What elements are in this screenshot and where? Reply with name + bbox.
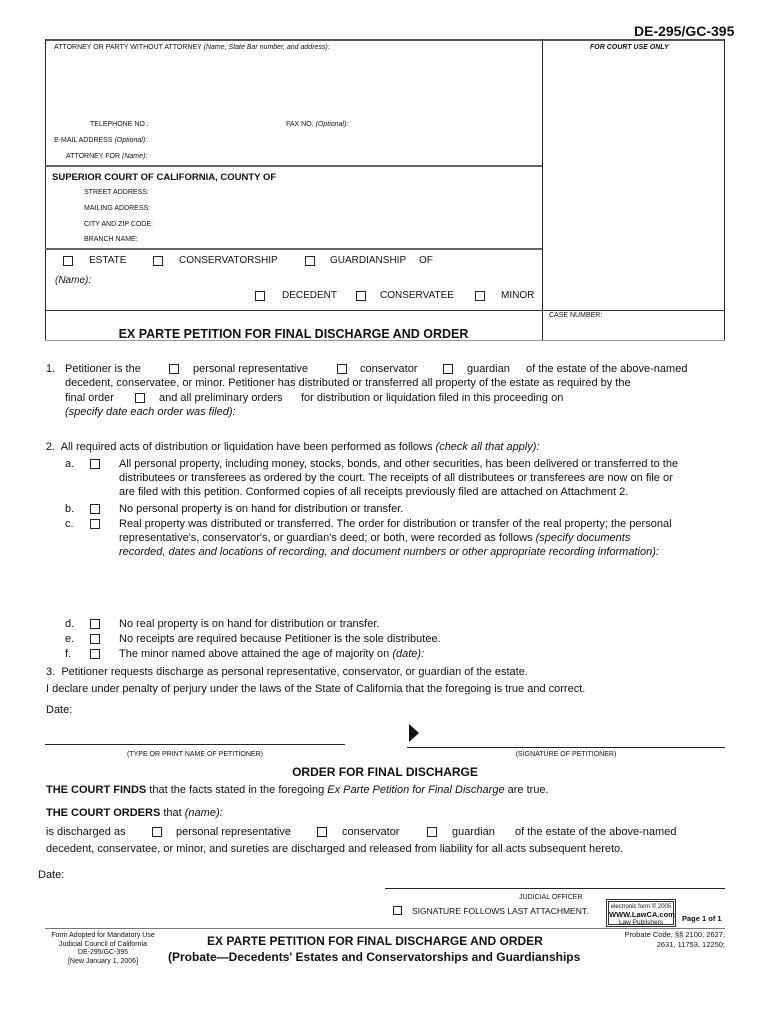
conservatorship-checkbox[interactable] [153, 256, 163, 266]
item2a-checkbox[interactable] [90, 459, 100, 469]
order-personal-rep-checkbox[interactable] [152, 827, 162, 837]
item2d-checkbox[interactable] [90, 619, 100, 629]
discharged-line2: decedent, conservatee, or minor, and sur… [46, 843, 623, 855]
case-number-top [45, 310, 725, 311]
attorney-label-text: ATTORNEY OR PARTY WITHOUT ATTORNEY [54, 44, 202, 51]
stamp-line2: WWW.LawCA.com [609, 911, 673, 919]
street-address-label: STREET ADDRESS: [84, 189, 149, 196]
item1-line2: decedent, conservatee, or minor. Petitio… [65, 377, 631, 389]
signature-arrow-icon [409, 724, 419, 742]
page-label: Page 1 of 1 [682, 914, 722, 923]
item1-guardian-checkbox[interactable] [443, 364, 453, 374]
form-title: EX PARTE PETITION FOR FINAL DISCHARGE AN… [45, 327, 542, 341]
city-zip-label: CITY AND ZIP CODE: [84, 221, 153, 228]
footer-code-line2: 2631, 11753, 12250; [605, 940, 725, 950]
branch-name-label: BRANCH NAME: [84, 236, 138, 243]
email-label-note: (Optional): [114, 137, 147, 144]
mailing-address-label: MAILING ADDRESS: [84, 205, 150, 212]
footer-adopted-line4: [New January 1, 2006] [38, 958, 168, 967]
fax-label-note: (Optional): [316, 121, 349, 128]
signature-line[interactable] [407, 747, 725, 748]
item2c-line3: recorded, dates and locations of recordi… [119, 546, 659, 558]
attorney-for-label: ATTORNEY FOR (Name): [66, 153, 147, 160]
footer-adopted: Form Adopted for Mandatory Use Judicial … [38, 932, 168, 966]
court-orders: THE COURT ORDERS that (name): [46, 807, 223, 819]
court-finds: THE COURT FINDS that the facts stated in… [46, 784, 549, 796]
footer-adopted-line1: Form Adopted for Mandatory Use [38, 932, 168, 941]
footer-adopted-line2: Judicial Council of California [38, 941, 168, 950]
attorney-label: ATTORNEY OR PARTY WITHOUT ATTORNEY (Name… [54, 44, 330, 51]
conservatorship-label: CONSERVATORSHIP [179, 255, 278, 266]
item2f-checkbox[interactable] [90, 649, 100, 659]
item2c-line2: representative's, conservator's, or guar… [119, 532, 630, 544]
header-top-border [45, 39, 725, 41]
item1-guardian-label: guardian [467, 363, 510, 375]
item2-number: 2. [46, 441, 55, 453]
item3-text: Petitioner requests discharge as persona… [61, 666, 528, 678]
order-guardian-checkbox[interactable] [427, 827, 437, 837]
decedent-label: DECEDENT [282, 290, 337, 301]
item2-intro: 2. All required acts of distribution or … [46, 441, 539, 453]
item2a-label: a. [65, 458, 74, 470]
item2-intro-text: All required acts of distribution or liq… [61, 441, 433, 453]
court-finds-text: that the facts stated in the foregoing [149, 784, 324, 796]
minor-label: MINOR [501, 290, 534, 301]
conservatee-label: CONSERVATEE [380, 290, 454, 301]
decedent-checkbox[interactable] [255, 291, 265, 301]
court-title: SUPERIOR COURT OF CALIFORNIA, COUNTY OF [52, 172, 276, 183]
discharged-suffix: of the estate of the above-named [515, 826, 676, 838]
item2f-label: f. [65, 648, 71, 660]
conservatee-checkbox[interactable] [356, 291, 366, 301]
of-label: OF [419, 255, 433, 266]
judicial-officer-caption: JUDICIAL OFFICER [519, 894, 583, 901]
order-conservator-checkbox[interactable] [317, 827, 327, 837]
order-conservator-label: conservator [342, 826, 399, 838]
court-orders-text: that [163, 807, 181, 819]
item1-date-note: (specify date each order was filed): [65, 406, 236, 418]
footer-adopted-line3: DE-295/GC-395 [38, 949, 168, 958]
header-left-border [45, 39, 46, 341]
item2d-label: d. [65, 618, 74, 630]
estate-label: ESTATE [89, 255, 126, 266]
item1-preliminary-orders: and all preliminary orders [159, 392, 283, 404]
estate-checkbox[interactable] [63, 256, 73, 266]
print-name-line [45, 744, 345, 745]
court-use-label: FOR COURT USE ONLY [590, 44, 669, 51]
item2c-line1: Real property was distributed or transfe… [119, 518, 672, 530]
email-label-text: E-MAIL ADDRESS [54, 137, 112, 144]
footer-title-line1: EX PARTE PETITION FOR FINAL DISCHARGE AN… [207, 934, 543, 948]
lawca-stamp: electronic form © 2005 WWW.LawCA.com Law… [606, 899, 676, 927]
stamp-line3: Law Publishers [609, 919, 673, 927]
item1-final-order: final order [65, 392, 114, 404]
guardianship-checkbox[interactable] [305, 256, 315, 266]
item1-prefix: Petitioner is the [65, 363, 141, 375]
attorney-for-note: (Name): [122, 153, 147, 160]
item1-preliminary-orders-checkbox[interactable] [135, 393, 145, 403]
item2a-line2: distributees or transferees as ordered b… [119, 472, 673, 484]
item2-intro-note: (check all that apply): [436, 441, 540, 453]
judicial-officer-line[interactable] [385, 888, 725, 889]
item2b-label: b. [65, 503, 74, 515]
item2b-text: No personal property is on hand for dist… [119, 503, 403, 515]
footer-code-line1: Probate Code, §§ 2100, 2627, [605, 930, 725, 940]
item2b-checkbox[interactable] [90, 504, 100, 514]
item3: 3. Petitioner requests discharge as pers… [46, 666, 528, 678]
court-section-bottom [45, 248, 542, 250]
name-label: (Name): [55, 275, 91, 286]
item1-conservator-checkbox[interactable] [337, 364, 347, 374]
case-number-label: CASE NUMBER: [549, 312, 602, 319]
item1-personal-rep-label: personal representative [193, 363, 308, 375]
discharged-prefix: is discharged as [46, 826, 126, 838]
item2f-text-main: The minor named above attained the age o… [119, 648, 389, 660]
footer-top-line [45, 928, 725, 929]
header-right-border [724, 39, 725, 341]
item2c-line2-note: (specify documents [536, 532, 631, 544]
court-finds-bold: THE COURT FINDS [46, 784, 146, 796]
court-use-divider [542, 39, 543, 341]
order-guardian-label: guardian [452, 826, 495, 838]
item2d-text: No real property is on hand for distribu… [119, 618, 379, 630]
attorney-section-bottom [45, 165, 542, 167]
item2c-checkbox[interactable] [90, 519, 100, 529]
order-title: ORDER FOR FINAL DISCHARGE [45, 765, 725, 779]
telephone-label: TELEPHONE NO.: [90, 121, 149, 128]
item2a-line1: All personal property, including money, … [119, 458, 678, 470]
order-personal-rep-label: personal representative [176, 826, 291, 838]
court-finds-end: are true. [508, 784, 549, 796]
sig-follows-checkbox[interactable] [393, 906, 402, 915]
order-date-label: Date: [38, 869, 64, 881]
guardianship-label: GUARDIANSHIP [330, 255, 406, 266]
item2c-line2-text: representative's, conservator's, or guar… [119, 532, 533, 544]
item2f-text-note: (date): [392, 648, 424, 660]
item3-number: 3. [46, 666, 55, 678]
footer-code: Probate Code, §§ 2100, 2627, 2631, 11753… [605, 930, 725, 949]
item1-line3-end: for distribution or liquidation filed in… [301, 392, 563, 404]
signature-caption: (SIGNATURE OF PETITIONER) [407, 751, 725, 758]
item2e-text: No receipts are required because Petitio… [119, 633, 441, 645]
item1-number: 1. [46, 363, 55, 375]
declaration: I declare under penalty of perjury under… [46, 683, 585, 695]
fax-label-text: FAX NO. [286, 121, 314, 128]
attorney-for-text: ATTORNEY FOR [66, 153, 120, 160]
minor-checkbox[interactable] [475, 291, 485, 301]
item2f-text: The minor named above attained the age o… [119, 648, 424, 660]
petition-date-label: Date: [46, 704, 72, 716]
item1-suffix: of the estate of the above-named [526, 363, 687, 375]
item1-personal-rep-checkbox[interactable] [169, 364, 179, 374]
item2e-checkbox[interactable] [90, 634, 100, 644]
form-number: DE-295/GC-395 [634, 23, 734, 39]
fax-label: FAX NO. (Optional): [286, 121, 348, 128]
item2a-line3: are filed with this petition. Conformed … [119, 486, 628, 498]
item2e-label: e. [65, 633, 74, 645]
court-finds-italic: Ex Parte Petition for Final Discharge [327, 784, 504, 796]
court-orders-bold: THE COURT ORDERS [46, 807, 160, 819]
attorney-label-note: (Name, State Bar number, and address): [204, 44, 330, 51]
item2c-label: c. [65, 518, 74, 530]
footer-title-line2: (Probate—Decedents' Estates and Conserva… [168, 950, 580, 964]
email-label: E-MAIL ADDRESS (Optional): [54, 137, 147, 144]
sig-follows-label: SIGNATURE FOLLOWS LAST ATTACHMENT. [412, 906, 588, 916]
print-name-caption: (TYPE OR PRINT NAME OF PETITIONER) [45, 751, 345, 758]
court-orders-note: (name): [185, 807, 223, 819]
item1-conservator-label: conservator [360, 363, 417, 375]
